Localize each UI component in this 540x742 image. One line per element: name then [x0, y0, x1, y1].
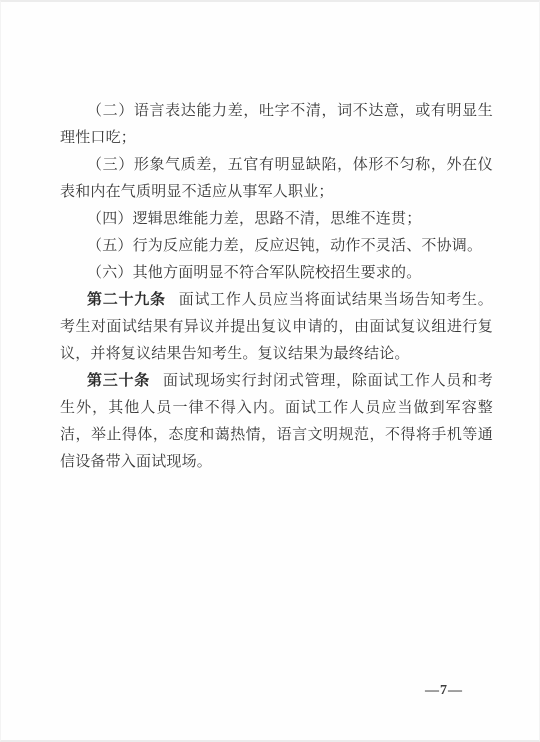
body-text: （二）语言表达能力差，吐字不清，词不达意，或有明显生理性口吃； （三）形象气质差…: [60, 98, 493, 476]
paragraph-text: （二）语言表达能力差，吐字不清，词不达意，或有明显生理性口吃；: [60, 103, 493, 146]
paragraph-article-30: 第三十条面试现场实行封闭式管理，除面试工作人员和考生外，其他人员一律不得入内。面…: [60, 368, 493, 476]
paragraph-text: （五）行为反应能力差，反应迟钝，动作不灵活、不协调。: [87, 238, 482, 254]
paragraph-item-6: （六）其他方面明显不符合军队院校招生要求的。: [60, 260, 493, 287]
paragraph-article-29: 第二十九条面试工作人员应当将面试结果当场告知考生。考生对面试结果有异议并提出复议…: [60, 287, 493, 368]
paragraph-item-4: （四）逻辑思维能力差，思路不清，思维不连贯；: [60, 206, 493, 233]
paragraph-item-3: （三）形象气质差，五官有明显缺陷，体形不匀称，外在仪表和内在气质明显不适应从事军…: [60, 152, 493, 206]
paragraph-text: （四）逻辑思维能力差，思路不清，思维不连贯；: [87, 211, 421, 227]
paragraph-text: （六）其他方面明显不符合军队院校招生要求的。: [87, 265, 421, 281]
article-30-heading: 第三十条: [87, 373, 150, 389]
paragraph-item-5: （五）行为反应能力差，反应迟钝，动作不灵活、不协调。: [60, 233, 493, 260]
paragraph-item-2: （二）语言表达能力差，吐字不清，词不达意，或有明显生理性口吃；: [60, 98, 493, 152]
document-page: （二）语言表达能力差，吐字不清，词不达意，或有明显生理性口吃； （三）形象气质差…: [0, 0, 540, 742]
page-number: —7—: [425, 683, 463, 699]
paragraph-text: （三）形象气质差，五官有明显缺陷，体形不匀称，外在仪表和内在气质明显不适应从事军…: [60, 157, 493, 200]
article-29-heading: 第二十九条: [87, 292, 166, 308]
